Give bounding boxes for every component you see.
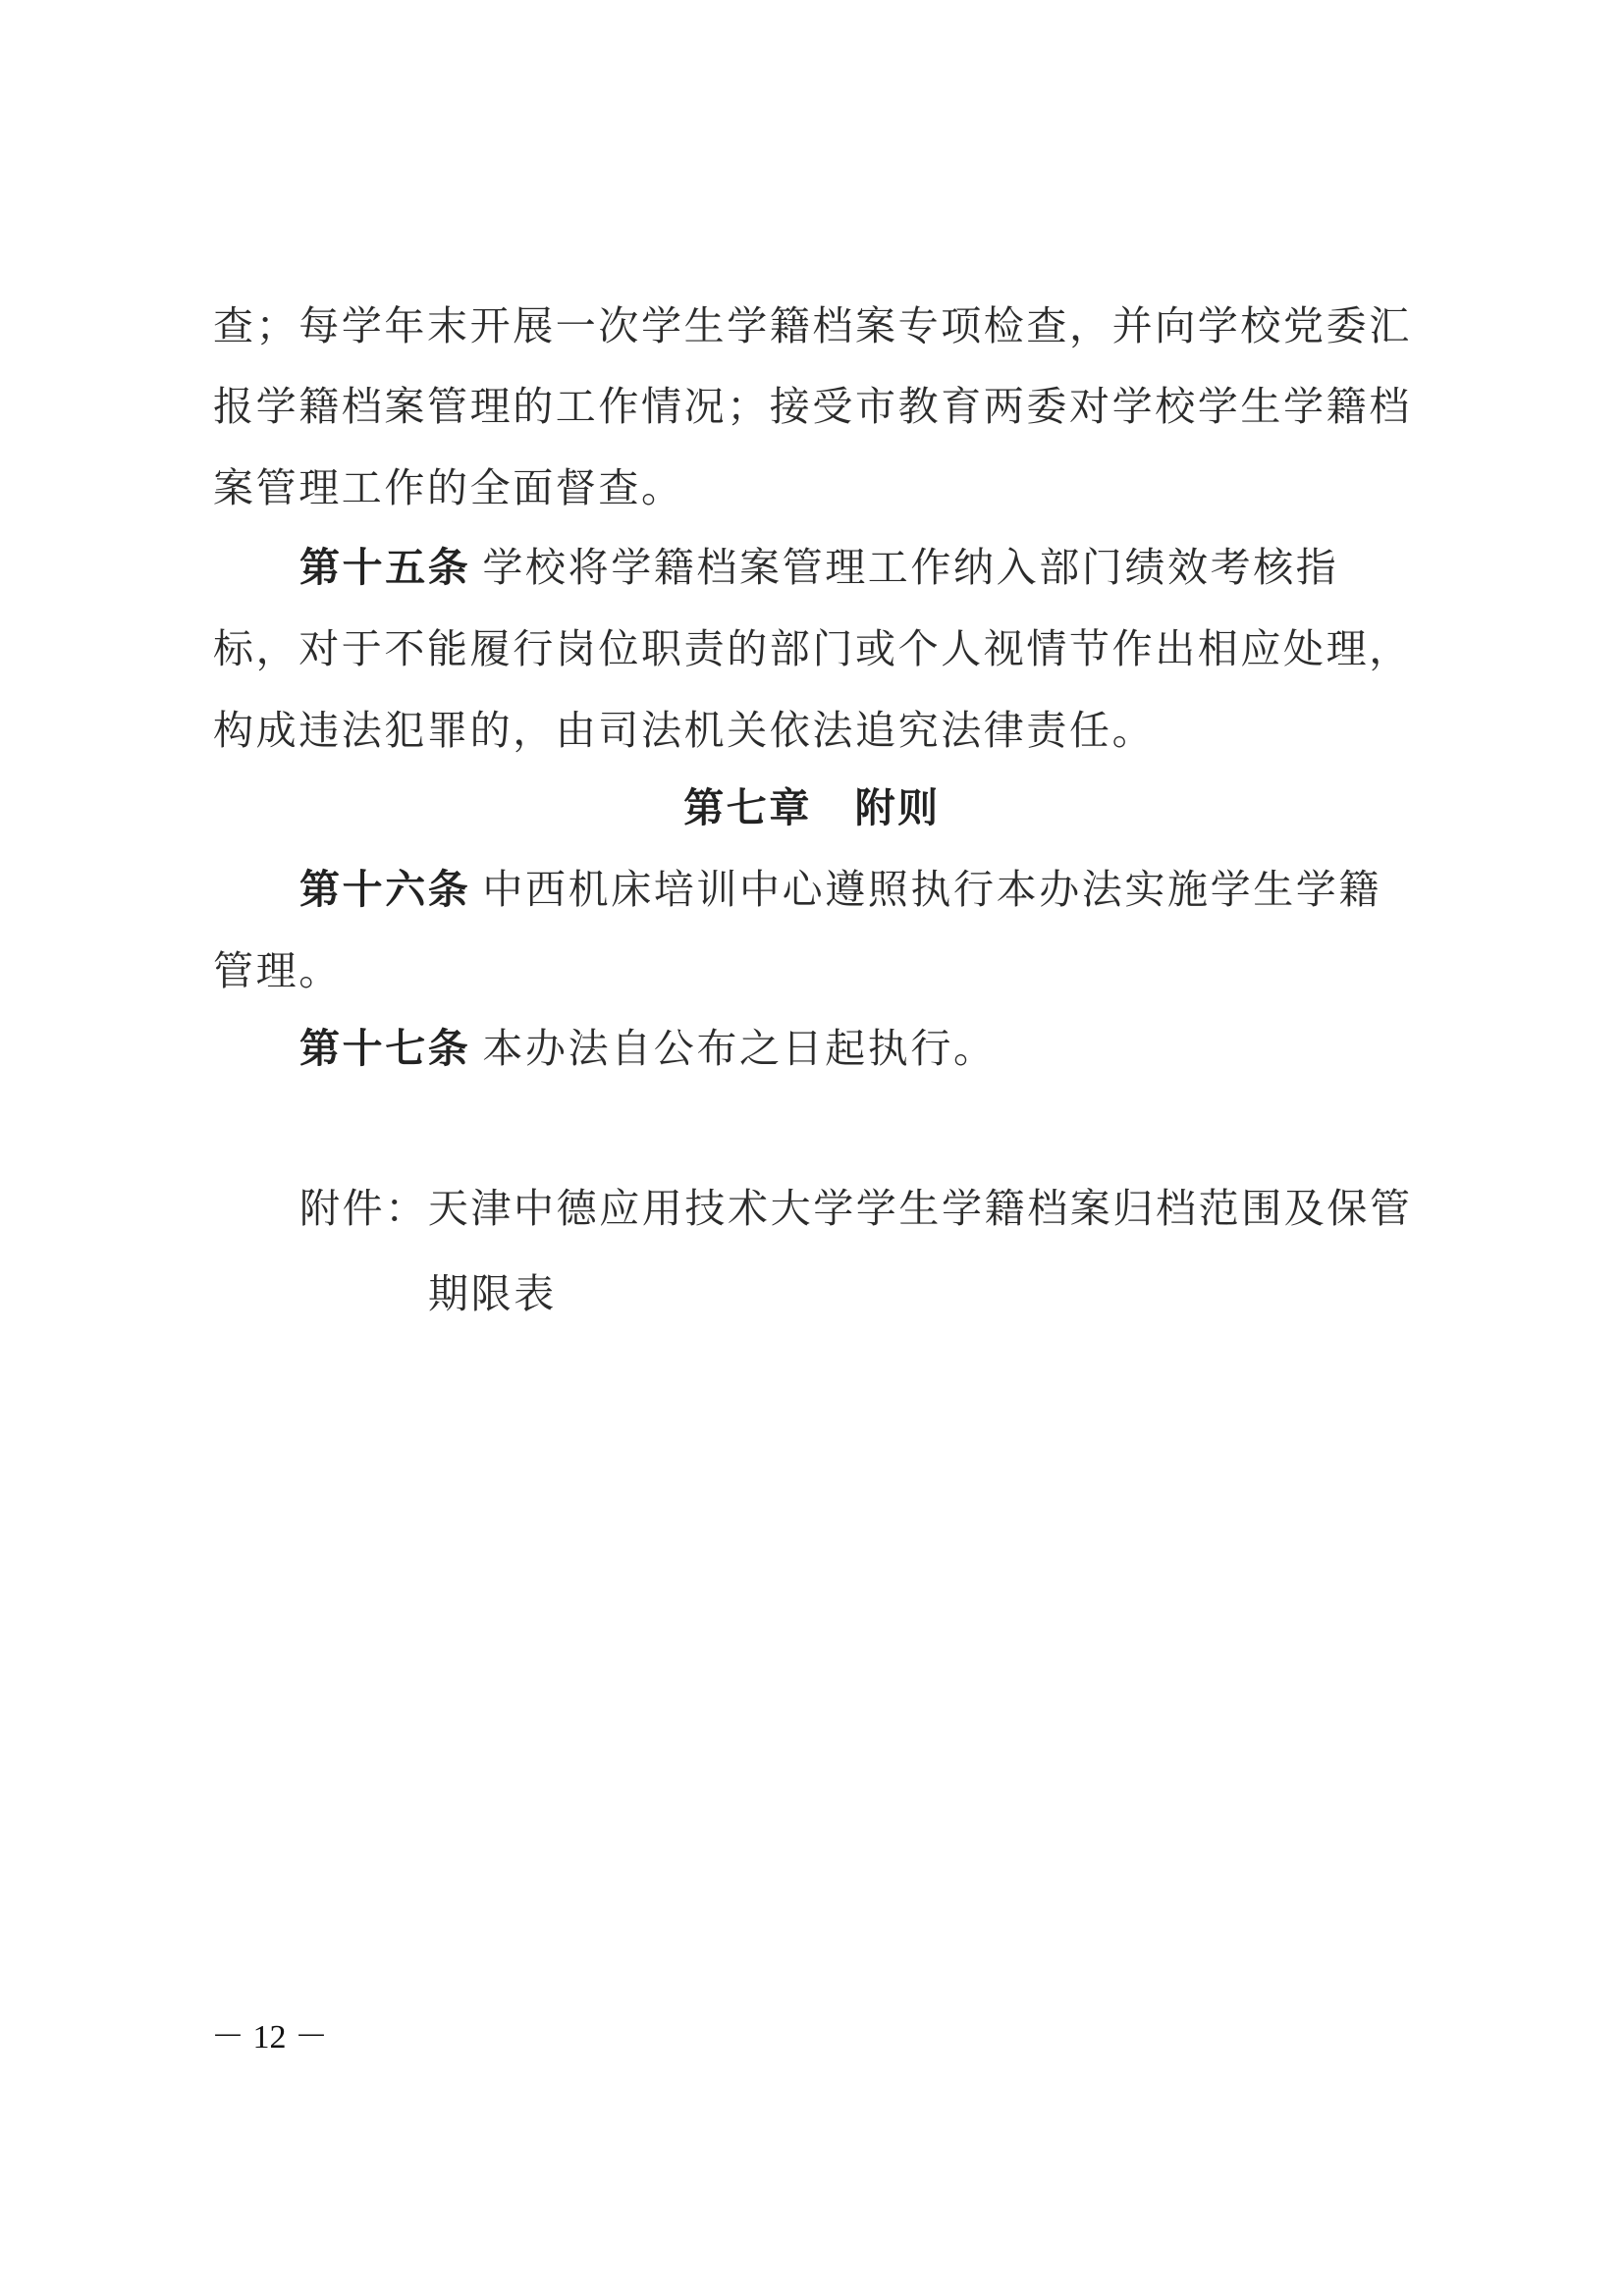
chapter-heading: 第七章 附则 bbox=[0, 783, 1624, 832]
page-number: － 12 － bbox=[211, 2018, 328, 2057]
paragraph-line: 标，对于不能履行岗位职责的部门或个人视情节作出相应处理， bbox=[213, 624, 1412, 673]
attachment-label: 附件： bbox=[299, 1185, 428, 1232]
paragraph-line: 报学籍档案管理的工作情况；接受市教育两委对学校学生学籍档 bbox=[213, 382, 1412, 431]
paragraph-line: 查；每学年末开展一次学生学籍档案专项检查，并向学校党委汇 bbox=[213, 301, 1412, 350]
attachment-title: 天津中德应用技术大学学生学籍档案归档范围及保管 bbox=[428, 1185, 1413, 1232]
article-15-first-line: 第十五条学校将学籍档案管理工作纳入部门绩效考核指 bbox=[299, 543, 1338, 592]
article-text: 本办法自公布之日起执行。 bbox=[482, 1025, 996, 1072]
document-page: 查；每学年末开展一次学生学籍档案专项检查，并向学校党委汇 报学籍档案管理的工作情… bbox=[0, 0, 1624, 2296]
article-text: 中西机床培训中心遵照执行本办法实施学生学籍 bbox=[482, 866, 1381, 913]
paragraph-line: 管理。 bbox=[213, 946, 342, 995]
attachment-continuation-line: 期限表 bbox=[428, 1269, 557, 1318]
article-17-line: 第十七条本办法自公布之日起执行。 bbox=[299, 1024, 997, 1073]
article-number: 第十六条 bbox=[299, 866, 470, 913]
article-number: 第十五条 bbox=[299, 544, 470, 591]
article-16-first-line: 第十六条中西机床培训中心遵照执行本办法实施学生学籍 bbox=[299, 865, 1381, 914]
article-text: 学校将学籍档案管理工作纳入部门绩效考核指 bbox=[482, 544, 1338, 591]
paragraph-line: 案管理工作的全面督查。 bbox=[213, 463, 684, 512]
paragraph-line: 构成违法犯罪的，由司法机关依法追究法律责任。 bbox=[213, 706, 1155, 755]
attachment-first-line: 附件：天津中德应用技术大学学生学籍档案归档范围及保管 bbox=[299, 1184, 1413, 1233]
article-number: 第十七条 bbox=[299, 1025, 470, 1072]
